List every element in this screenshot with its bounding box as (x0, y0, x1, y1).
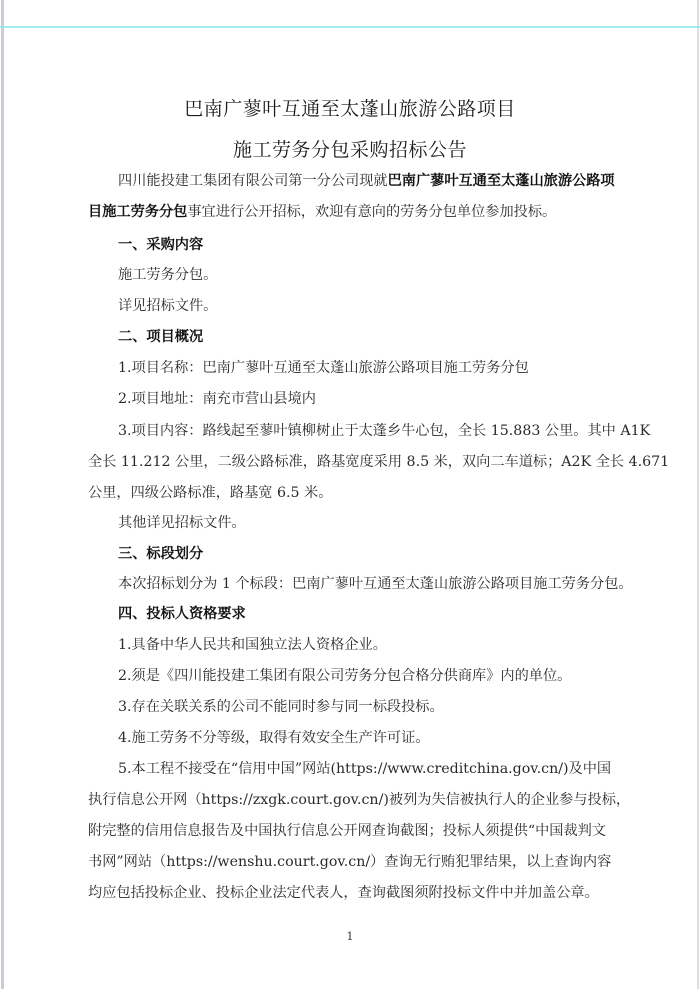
section3-heading: 三、标段划分 (118, 545, 203, 563)
section3-line: 本次招标划分为 1 个标段：巴南广蓼叶互通至太蓬山旅游公路项目施工劳务分包。 (118, 575, 633, 593)
section2-item3-line2: 全长 11.212 公里，二级公路标准，路基宽度采用 8.5 米，双向二车道标；… (88, 453, 669, 471)
intro-project-name: 巴南广蓼叶互通至太蓬山旅游公路项 (388, 173, 615, 189)
section4-item2: 2.须是《四川能投建工集团有限公司劳务分包合格分供商库》内的单位。 (118, 667, 571, 685)
section4-item3: 3.存在关联关系的公司不能同时参与同一标段投标。 (118, 698, 444, 716)
section4-item5-line5: 均应包括投标企业、投标企业法定代表人，查询截图须附投标文件中并加盖公章。 (88, 884, 599, 902)
intro-project-name-cont: 目施工劳务分包 (88, 204, 187, 220)
document-title-line2: 施工劳务分包采购招标公告 (0, 135, 700, 162)
section2-item1: 1.项目名称：巴南广蓼叶互通至太蓬山旅游公路项目施工劳务分包 (118, 359, 529, 377)
intro-text: 四川能投建工集团有限公司第一分公司现就 (118, 173, 388, 189)
section4-item5-line4: 书网”网站（https://wenshu.court.gov.cn/）查询无行贿… (88, 853, 611, 871)
section4-item1: 1.具备中华人民共和国独立法人资格企业。 (118, 636, 387, 654)
section2-item2: 2.项目地址：南充市营山县境内 (118, 390, 316, 408)
section1-heading: 一、采购内容 (118, 236, 203, 254)
section1-line: 详见招标文件。 (118, 297, 217, 315)
intro-paragraph-line2: 目施工劳务分包事宜进行公开招标，欢迎有意向的劳务分包单位参加投标。 (88, 203, 556, 221)
section2-item3-line3: 公里，四级公路标准，路基宽 6.5 米。 (88, 484, 332, 502)
intro-text-cont: 事宜进行公开招标，欢迎有意向的劳务分包单位参加投标。 (187, 204, 556, 220)
intro-paragraph-line1: 四川能投建工集团有限公司第一分公司现就巴南广蓼叶互通至太蓬山旅游公路项 (118, 172, 615, 190)
page-number: 1 (0, 930, 700, 943)
section4-item5-line3: 附完整的信用信息报告及中国执行信息公开网查询截图；投标人须提供“中国裁判文 (88, 822, 606, 840)
section2-other: 其他详见招标文件。 (118, 514, 246, 532)
section1-line: 施工劳务分包。 (118, 266, 217, 284)
section4-heading: 四、投标人资格要求 (118, 605, 246, 623)
scan-artifact-line (0, 26, 700, 28)
document-title-line1: 巴南广蓼叶互通至太蓬山旅游公路项目 (0, 94, 700, 121)
section4-item4: 4.施工劳务不分等级，取得有效安全生产许可证。 (118, 729, 429, 747)
section4-item5-line1: 5.本工程不接受在“信用中国”网站(https://www.creditchin… (118, 760, 611, 778)
section2-heading: 二、项目概况 (118, 328, 203, 346)
section2-item3-line1: 3.项目内容：路线起至蓼叶镇柳树止于太蓬乡牛心包，全长 15.883 公里。其中… (118, 422, 650, 440)
section4-item5-line2: 执行信息公开网（https://zxgk.court.gov.cn/)被列为失信… (88, 791, 630, 809)
